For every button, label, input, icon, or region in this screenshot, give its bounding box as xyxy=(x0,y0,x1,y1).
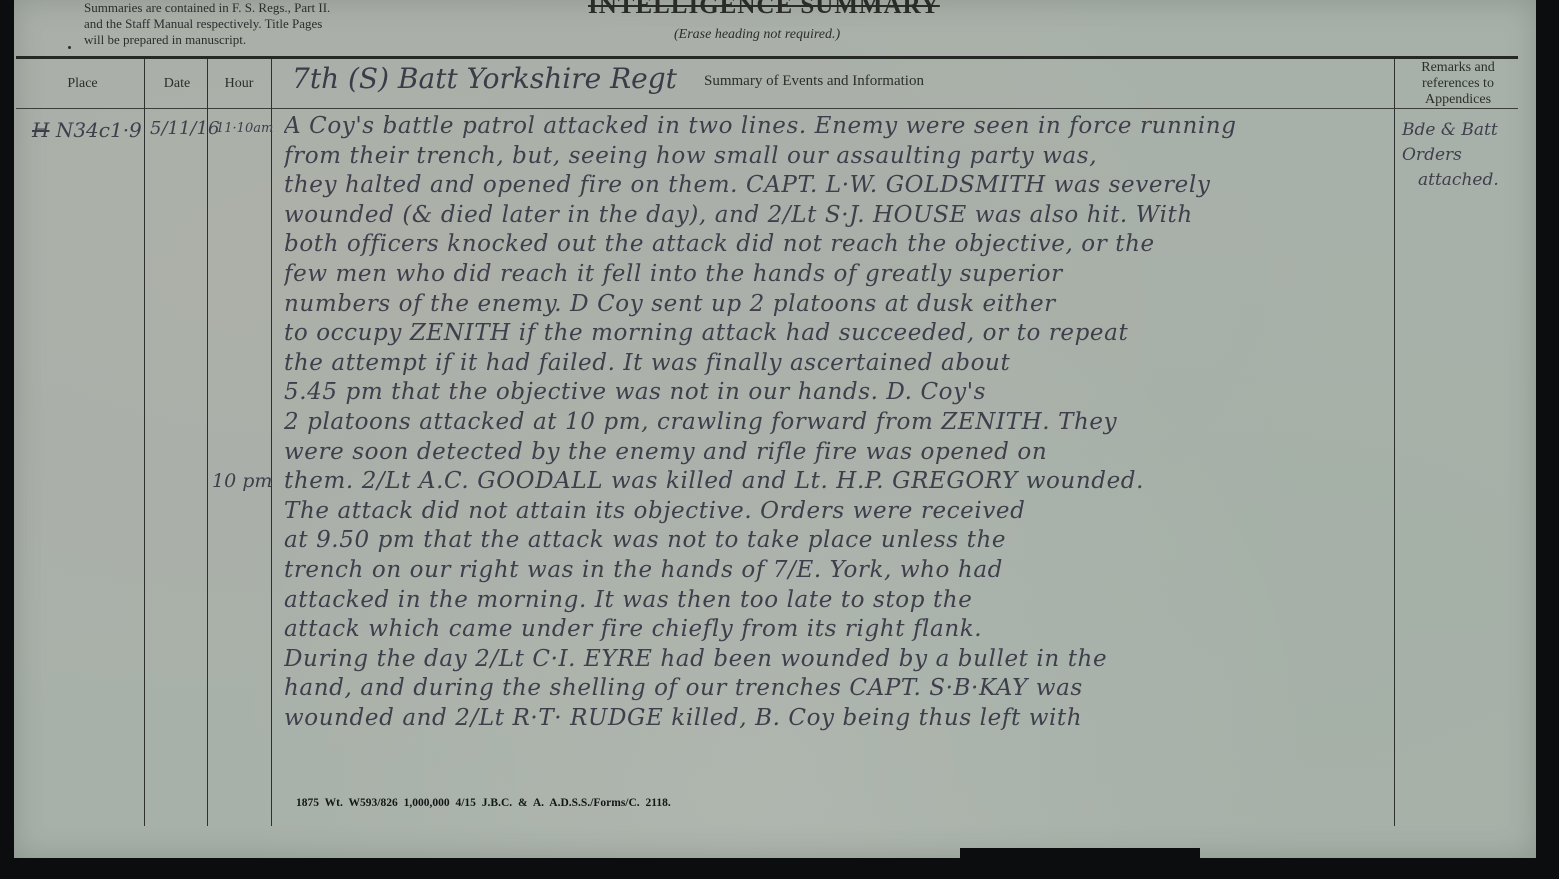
unit-name: 7th (S) Batt Yorkshire Regt xyxy=(292,62,677,95)
column-header-date: Date xyxy=(148,76,206,92)
remarks-header-line: Remarks and xyxy=(1398,60,1518,76)
torn-edge xyxy=(960,848,1200,860)
summary-line: numbers of the enemy. D Coy sent up 2 pl… xyxy=(284,290,1394,320)
column-divider-summary-remarks xyxy=(1394,59,1395,826)
column-header-remarks: Remarks and references to Appendices xyxy=(1398,60,1518,108)
summary-line: the attempt if it had failed. It was fin… xyxy=(284,349,1394,379)
summary-line: them. 2/Lt A.C. GOODALL was killed and L… xyxy=(284,467,1394,497)
summary-line: both officers knocked out the attack did… xyxy=(284,230,1394,260)
summary-line: wounded and 2/Lt R·T· RUDGE killed, B. C… xyxy=(284,704,1394,734)
hour-value: 10 pm xyxy=(212,470,272,492)
column-header-summary: Summary of Events and Information xyxy=(704,73,924,90)
struck-title: INTELLIGENCE SUMMARY xyxy=(588,0,940,19)
printer-imprint: 1875 Wt. W593/826 1,000,000 4/15 J.B.C. … xyxy=(296,797,671,809)
summary-line: at 9.50 pm that the attack was not to ta… xyxy=(284,526,1394,556)
remarks-line: Bde & Batt xyxy=(1402,118,1516,143)
map-reference: N34c1·9 xyxy=(56,118,142,142)
remarks-header-line: references to xyxy=(1398,76,1518,92)
instruction-line: will be prepared in manuscript. xyxy=(84,32,424,48)
summary-line: A Coy's battle patrol attacked in two li… xyxy=(284,112,1394,142)
remarks-text: Bde & Batt Orders attached. xyxy=(1402,118,1516,193)
column-header-place: Place xyxy=(40,76,125,92)
instruction-line: Summaries are contained in F. S. Regs., … xyxy=(84,0,424,16)
column-divider-place-date xyxy=(144,59,145,826)
instruction-line: and the Staff Manual respectively. Title… xyxy=(84,16,424,32)
summary-line: trench on our right was in the hands of … xyxy=(284,556,1394,586)
form-title: INTELLIGENCE SUMMARY xyxy=(588,0,940,20)
remarks-line: attached. xyxy=(1402,168,1516,193)
summary-line: from their trench, but, seeing how small… xyxy=(284,142,1394,172)
summary-line: hand, and during the shelling of our tre… xyxy=(284,674,1394,704)
summary-line: attacked in the morning. It was then too… xyxy=(284,586,1394,616)
summary-line: During the day 2/Lt C·I. EYRE had been w… xyxy=(284,645,1394,675)
struck-place-mark: H xyxy=(32,118,49,142)
column-divider-hour-summary xyxy=(271,59,272,826)
summary-line: were soon detected by the enemy and rifl… xyxy=(284,438,1394,468)
summary-line: they halted and opened fire on them. CAP… xyxy=(284,171,1394,201)
remarks-line: Orders xyxy=(1402,143,1516,168)
summary-line: wounded (& died later in the day), and 2… xyxy=(284,201,1394,231)
summary-text: A Coy's battle patrol attacked in two li… xyxy=(284,112,1394,733)
summary-line: 5.45 pm that the objective was not in ou… xyxy=(284,378,1394,408)
form-instructions: Summaries are contained in F. S. Regs., … xyxy=(84,0,424,48)
hour-value: 11·10am xyxy=(216,121,273,136)
place-value: H N34c1·9 xyxy=(32,118,142,142)
summary-line: attack which came under fire chiefly fro… xyxy=(284,615,1394,645)
header-rule xyxy=(16,56,1518,59)
summary-line: 2 platoons attacked at 10 pm, crawling f… xyxy=(284,408,1394,438)
date-value: 5/11/16 xyxy=(150,118,219,139)
remarks-header-line: Appendices xyxy=(1398,92,1518,108)
column-header-rule xyxy=(16,108,1518,109)
column-divider-date-hour xyxy=(207,59,208,826)
erase-note: (Erase heading not required.) xyxy=(674,27,840,43)
ink-speck xyxy=(68,46,71,49)
summary-line: The attack did not attain its objective.… xyxy=(284,497,1394,527)
summary-line: few men who did reach it fell into the h… xyxy=(284,260,1394,290)
summary-line: to occupy ZENITH if the morning attack h… xyxy=(284,319,1394,349)
column-header-hour: Hour xyxy=(210,76,268,92)
